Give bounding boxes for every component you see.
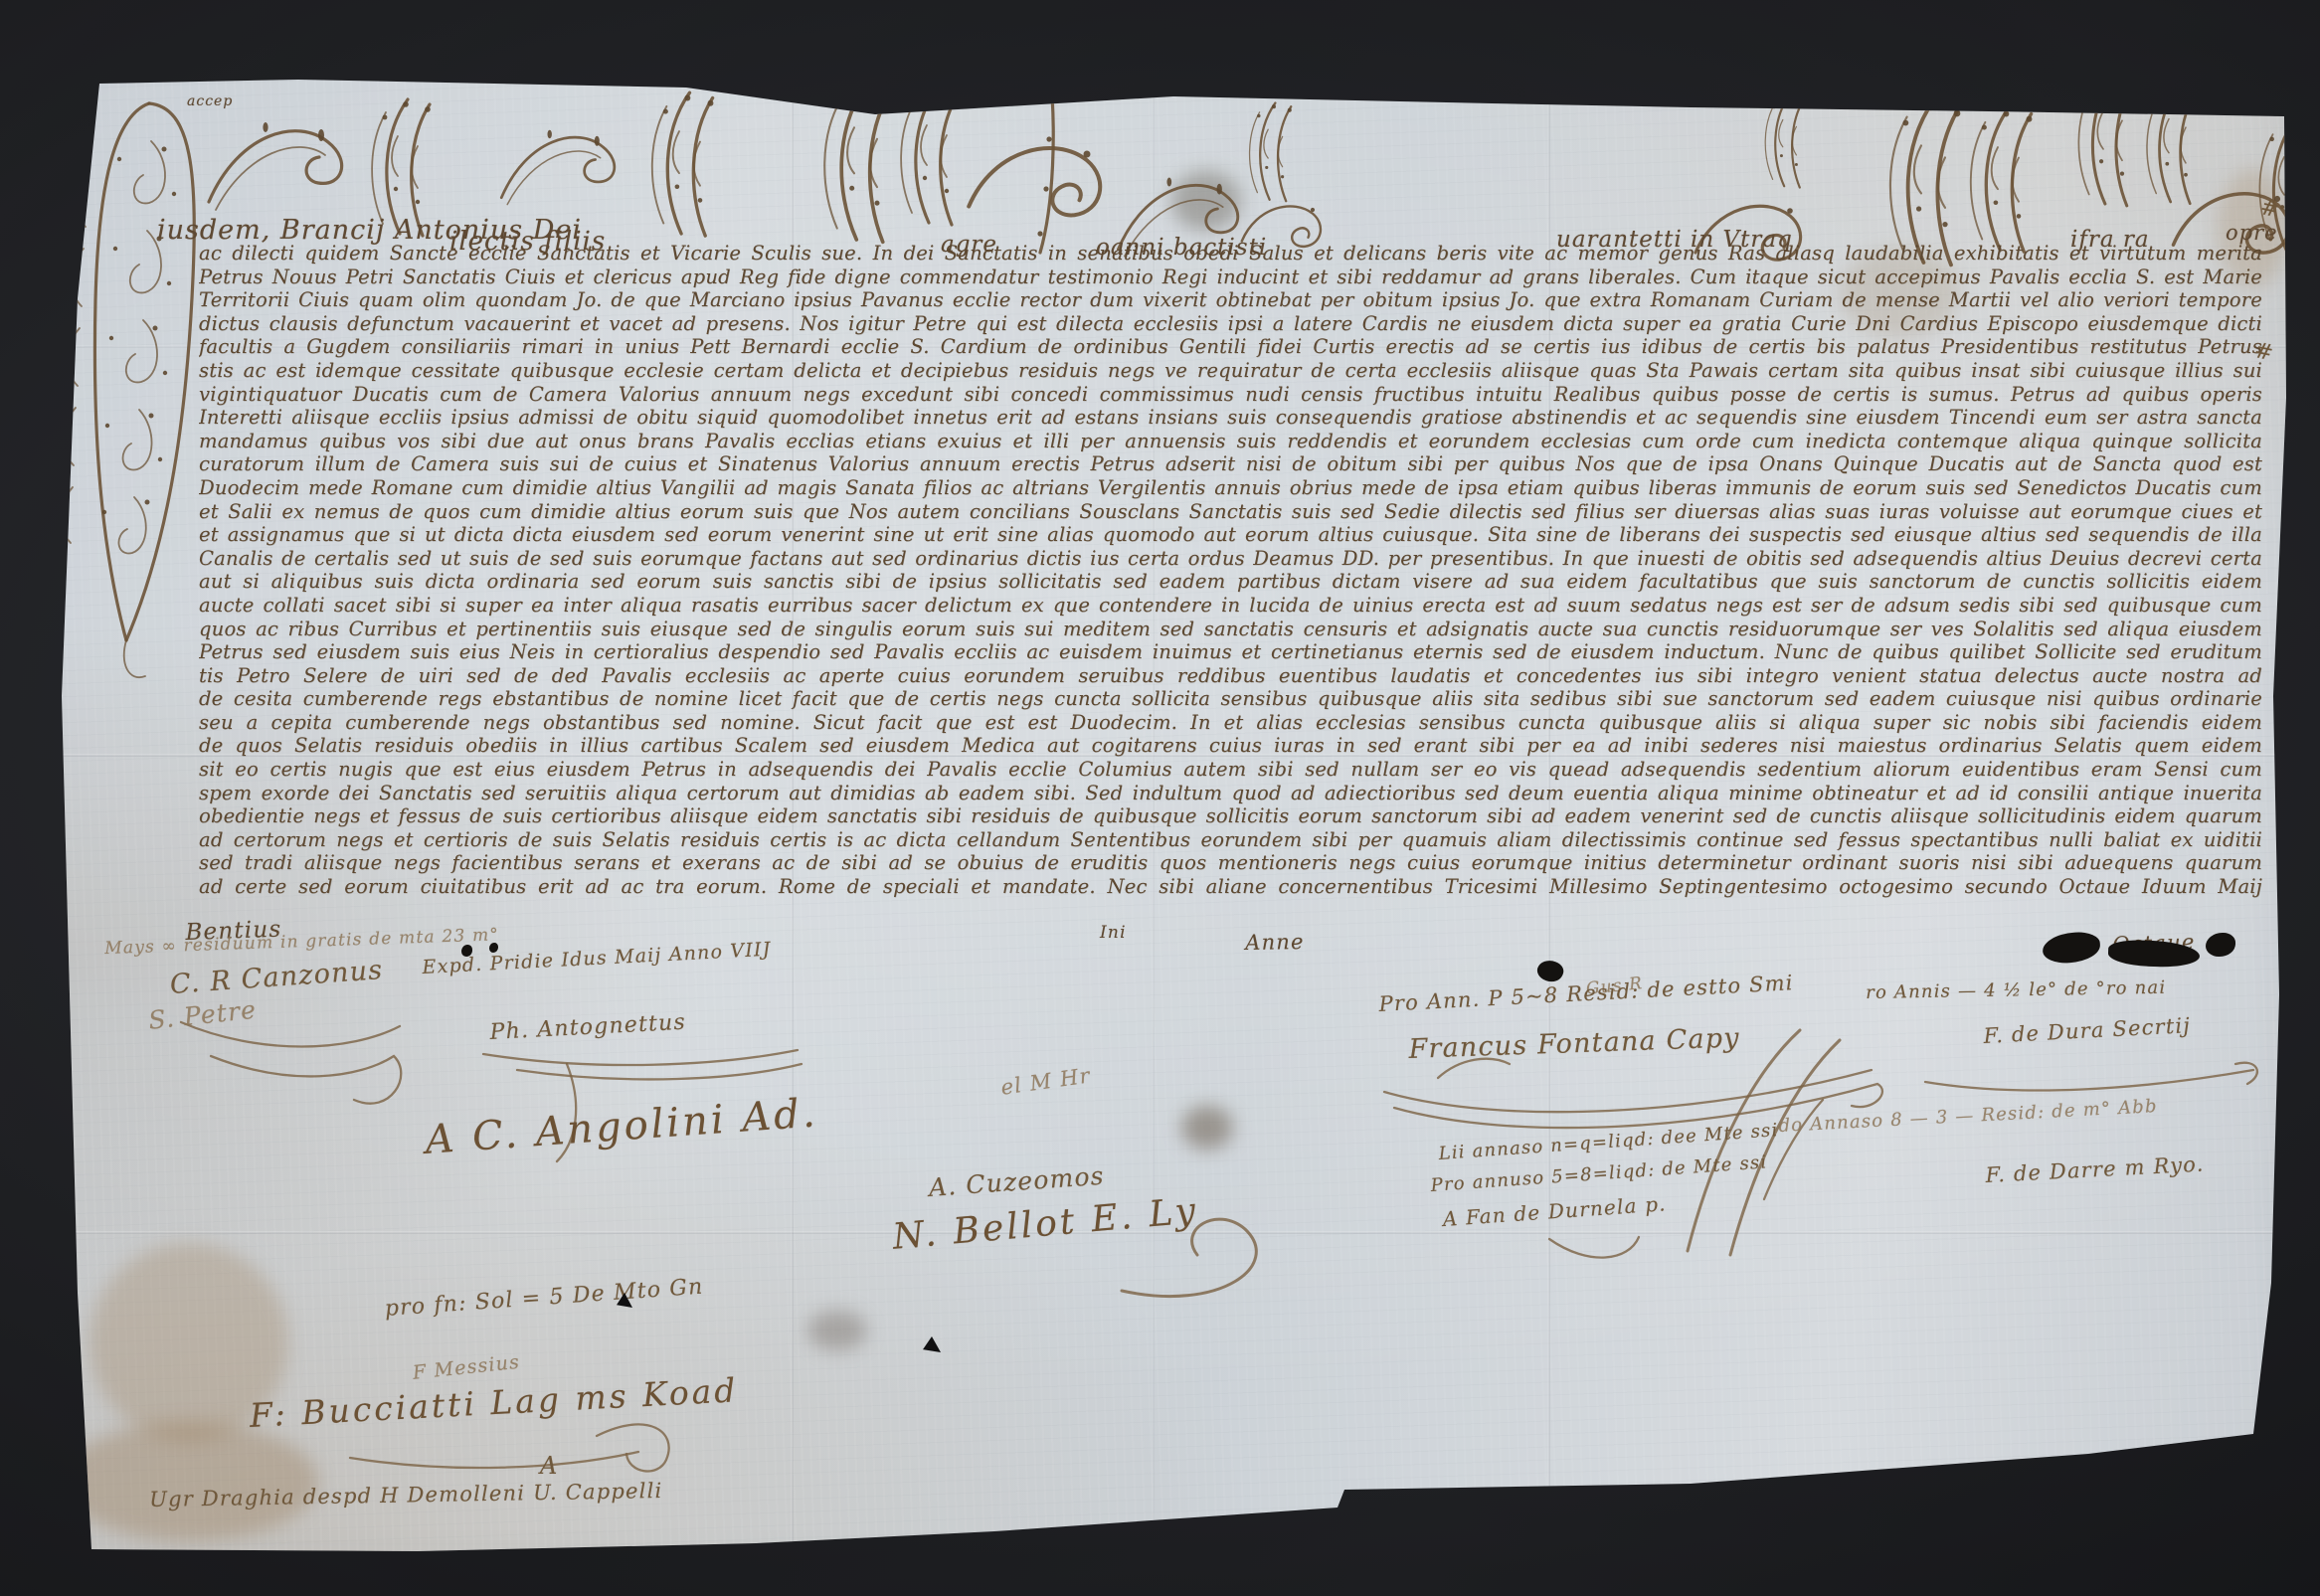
body-text-block: ac dilecti quidem Sancte ecclie Sanctati… (199, 242, 2262, 899)
body-line: facultis a Gugdem consiliariis rimari in… (199, 335, 2262, 359)
body-line: et Salii ex nemus de quos cum dimidie al… (199, 500, 2262, 524)
body-line: mandamus quibus vos sibi due aut onus br… (199, 430, 2262, 453)
body-line: Canalis de certalis sed ut suis de sed s… (199, 547, 2262, 571)
body-line: aut si aliquibus suis dicta ordinaria se… (199, 570, 2262, 594)
stain (1171, 171, 1241, 231)
body-line: Petrus Nouus Petri Sanctatis Ciuis et cl… (199, 266, 2262, 289)
stain (807, 1311, 867, 1350)
annotation-ini: Ini (1100, 923, 1127, 943)
ornament-word: accep (187, 93, 233, 109)
body-line: sit eo certis nugis que est eius eiusdem… (199, 758, 2262, 782)
stain (1181, 1106, 1233, 1150)
body-line: quos ac ribus Curribus et pertinentiis s… (199, 618, 2262, 641)
body-line: ad certorum negs et certioris de suis Se… (199, 828, 2262, 852)
photograph-background: accep iusdem, Brancij Antonius Deiilecti… (0, 0, 2320, 1596)
body-line: dictus clausis defunctum vacauerint et v… (199, 312, 2262, 336)
body-line: sed tradi aliisque negs facientibus sera… (199, 851, 2262, 875)
body-line: aucte collati sacet sibi si super ea int… (199, 594, 2262, 618)
body-line: de quos Selatis residuis obediis in illi… (199, 734, 2262, 758)
body-line: Petrus sed eiusdem suis eius Neis in cer… (199, 640, 2262, 664)
body-line: ad certe sed eorum ciuitatibus erit ad a… (199, 875, 2262, 899)
body-line: spem exorde dei Sanctatis sed seruitiis … (199, 782, 2262, 805)
stain (60, 1422, 318, 1541)
body-line: obedientie negs et fessus de suis certio… (199, 804, 2262, 828)
body-line: Duodecim mede Romane cum dimidie altius … (199, 476, 2262, 500)
body-line: ac dilecti quidem Sancte ecclie Sanctati… (199, 242, 2262, 266)
annotation-anne: Anne (1245, 930, 1305, 955)
body-line: de cesita cumberende regs ebstantibus de… (199, 687, 2262, 711)
body-line: Territorii Ciuis quam olim quondam Jo. d… (199, 288, 2262, 312)
body-line: stis ac est idemque cessitate quibusque … (199, 359, 2262, 383)
annotation-a-mark: A (540, 1452, 559, 1480)
body-line: et assignamus que si ut dicta dicta eius… (199, 523, 2262, 547)
body-line: Interetti aliisque eccliis ipsius admiss… (199, 406, 2262, 430)
body-line: seu a cepita cumberende negs obstantibus… (199, 711, 2262, 735)
parchment-sheet: accep iusdem, Brancij Antonius Deiilecti… (0, 0, 2320, 1596)
body-line: tis Petro Selere de uiri sed de ded Pava… (199, 664, 2262, 688)
body-line: curatorum illum de Camera suis sui de cu… (199, 452, 2262, 476)
body-line: vigintiquatuor Ducatis cum de Camera Val… (199, 383, 2262, 407)
